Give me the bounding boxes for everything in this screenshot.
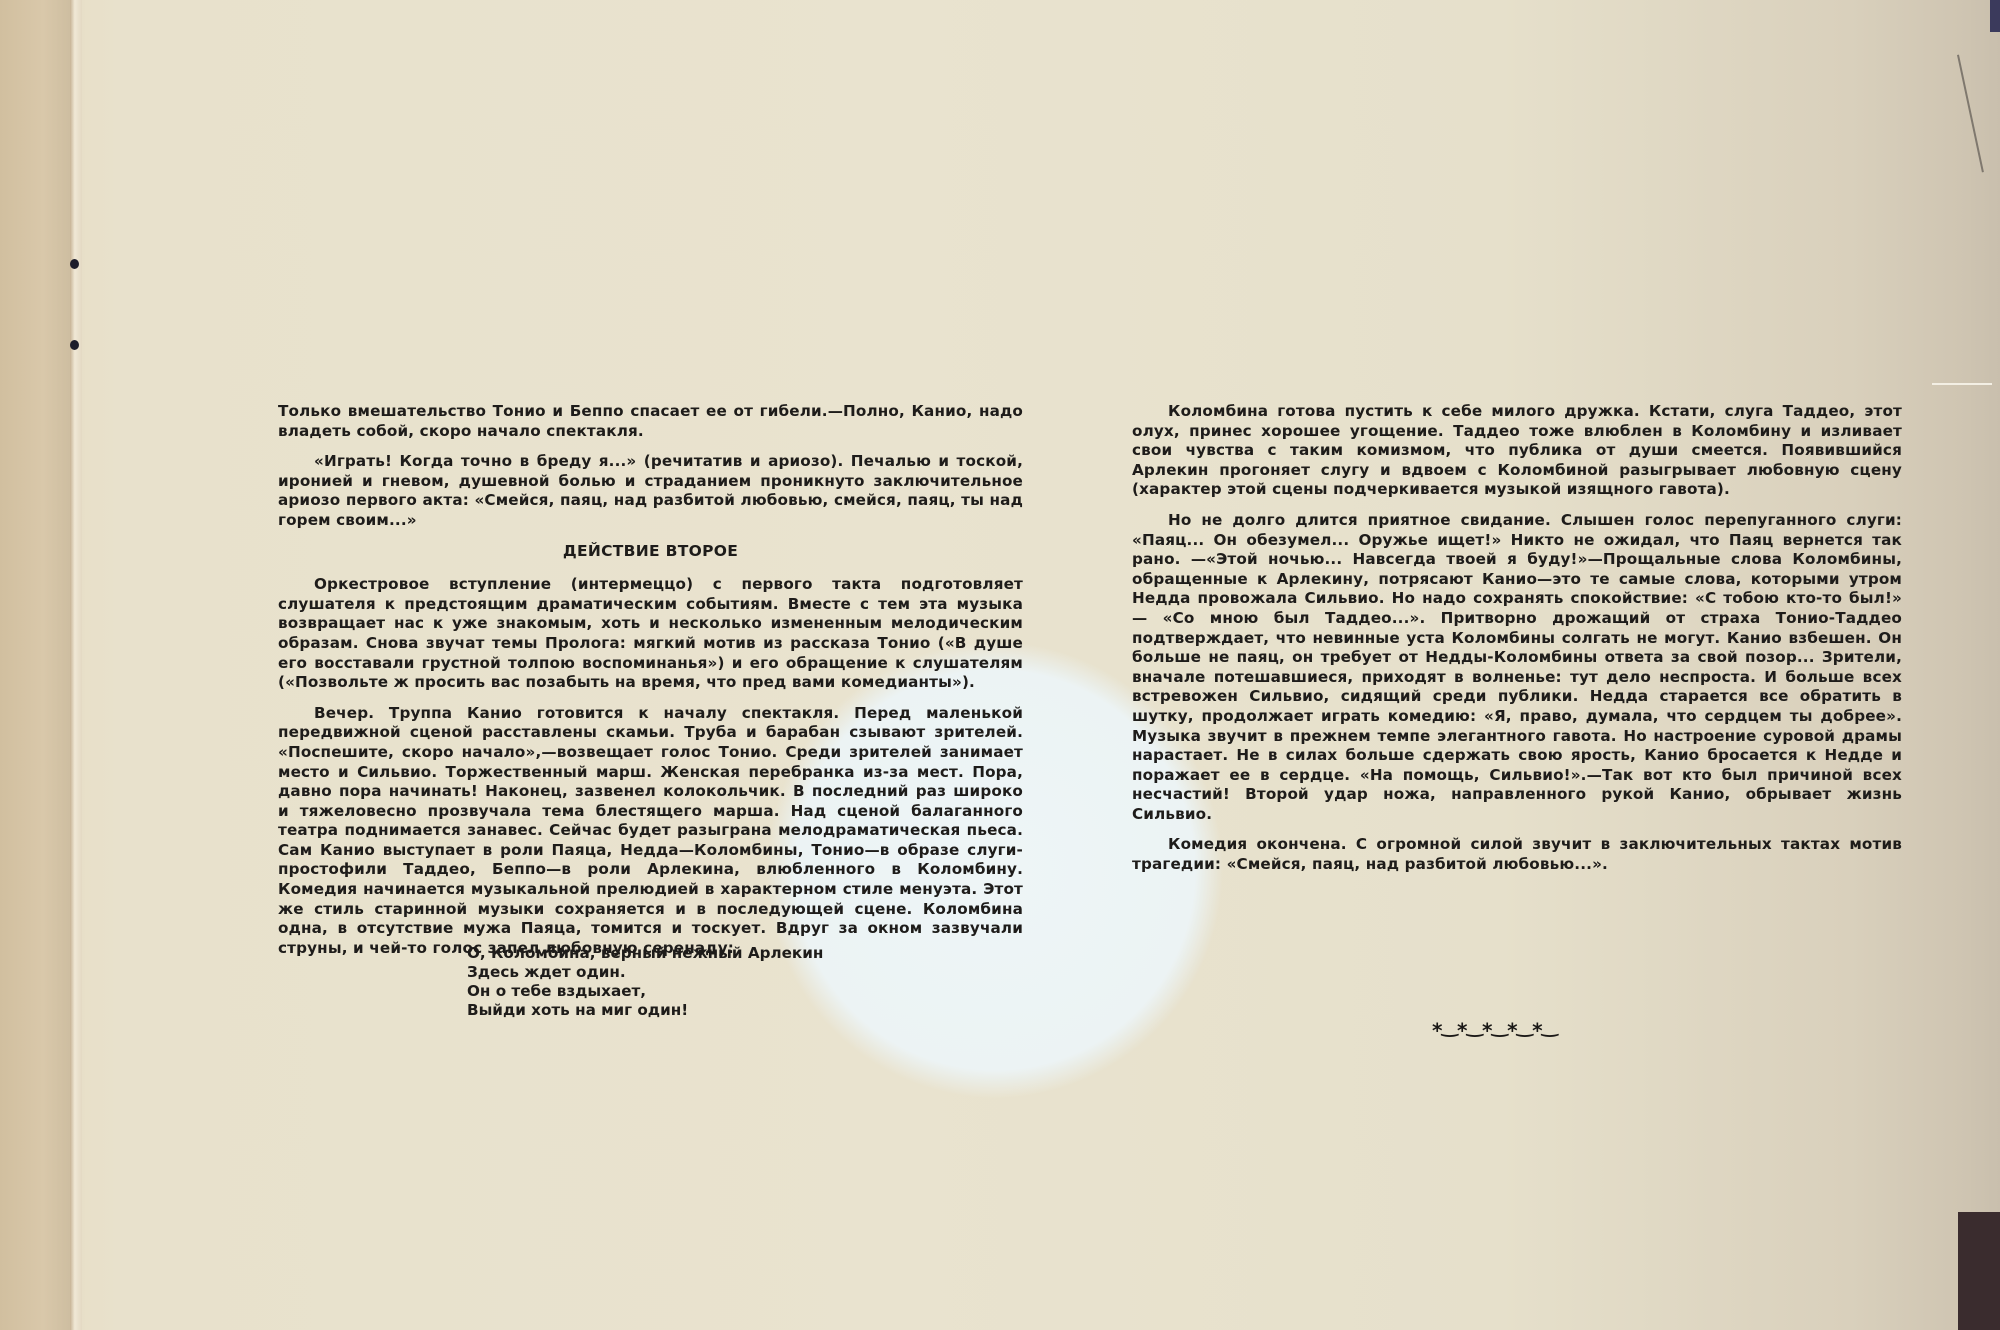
torn-corner [1958,1212,2000,1330]
right-text-column: Коломбина готова пустить к себе милого д… [1132,402,1902,886]
ornament-divider-icon: ⁎‿⁎‿⁎‿⁎‿⁎‿ [1432,1013,1557,1037]
serenade-verse: О, Коломбина, верный нежный Арлекин Здес… [467,944,823,1020]
torn-corner-top [1990,0,2000,32]
paragraph: Вечер. Труппа Канио готовится к началу с… [278,704,1023,959]
verse-line: Он о тебе вздыхает, [467,982,823,1001]
verse-line: О, Коломбина, верный нежный Арлекин [467,944,823,963]
staple-hole-icon [70,259,79,269]
paragraph: Но не долго длится приятное свидание. Сл… [1132,511,1902,825]
paragraph: Оркестровое вступление (интермеццо) с пе… [278,575,1023,693]
paper-crease [1932,383,1992,385]
verse-line: Здесь ждет один. [467,963,823,982]
binding-fold [70,0,82,1330]
staple-hole-icon [70,340,79,350]
verse-line: Выйди хоть на миг один! [467,1001,823,1020]
section-heading: ДЕЙСТВИЕ ВТОРОЕ [278,542,1023,562]
spine-cover-strip [0,0,72,1330]
paragraph: Коломбина готова пустить к себе милого д… [1132,402,1902,500]
paragraph: Только вмешательство Тонио и Беппо спаса… [278,402,1023,441]
paragraph: Комедия окончена. С огромной силой звучи… [1132,835,1902,874]
paragraph: «Играть! Когда точно в бреду я...» (речи… [278,452,1023,530]
left-text-column: Только вмешательство Тонио и Беппо спаса… [278,402,1023,969]
